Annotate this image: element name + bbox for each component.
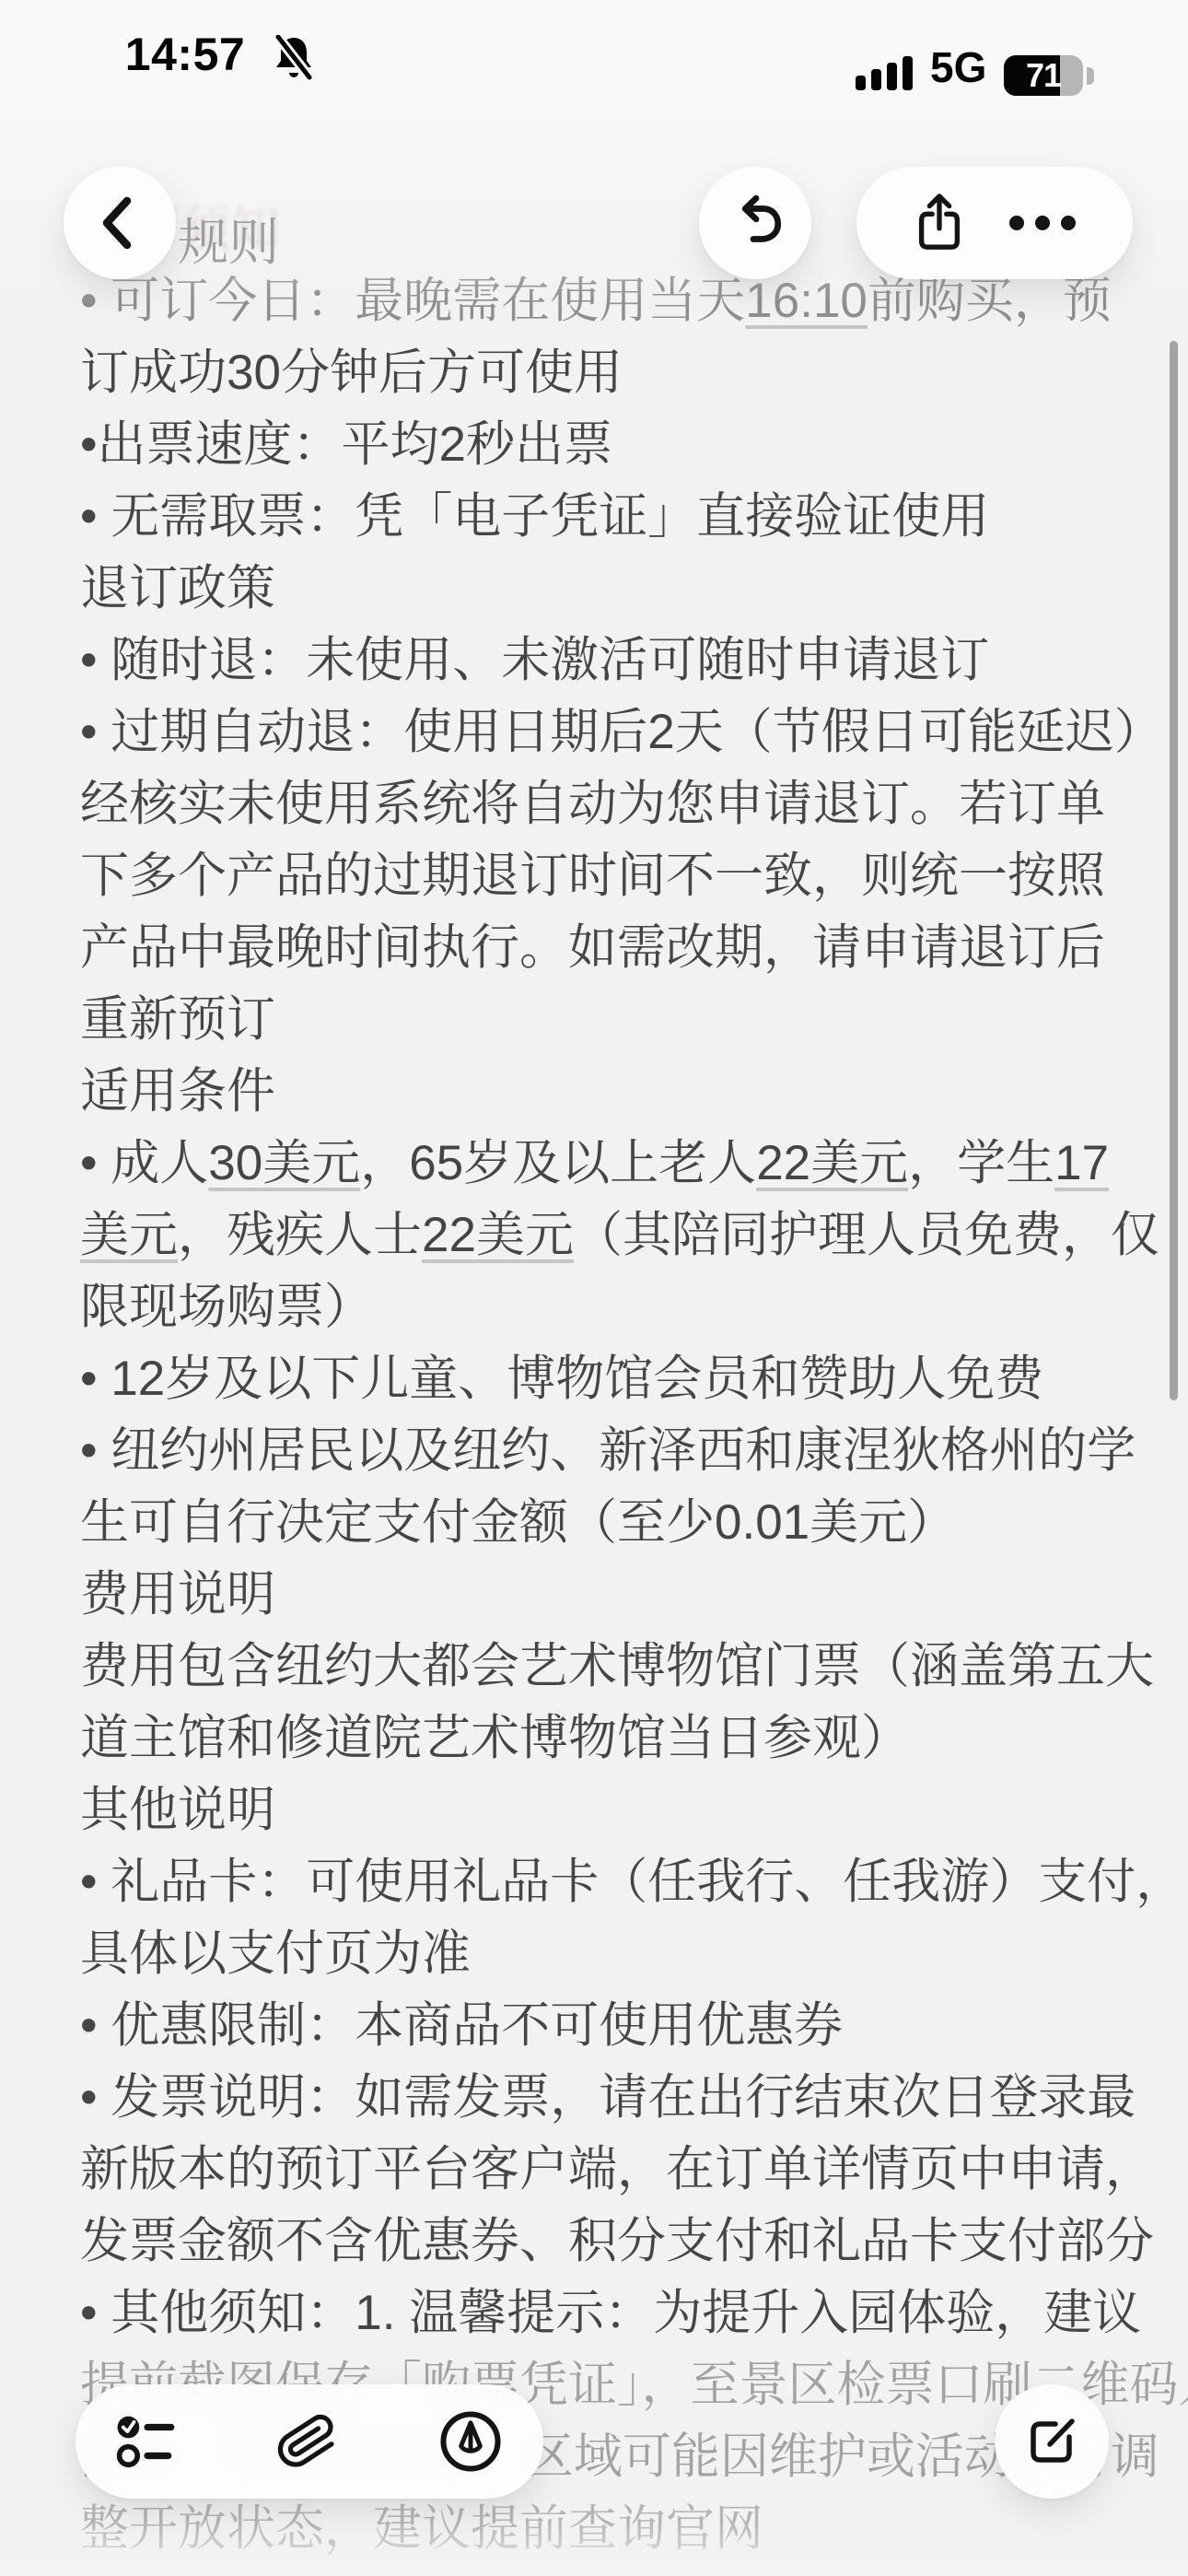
detected-link[interactable]: 美元	[80, 1208, 178, 1262]
more-button[interactable]	[1006, 214, 1079, 232]
text-line: 适用条件	[80, 1056, 1133, 1128]
text-segment: • 优惠限制：本商品不可使用优惠券	[80, 1998, 843, 2053]
text-line: 重新预订	[80, 984, 1133, 1056]
notifications-silenced-icon	[273, 35, 315, 81]
text-segment: • 无需取票：凭「电子凭证」直接验证使用	[80, 489, 989, 544]
text-line: 订成功30分钟后方可使用	[80, 337, 1133, 409]
text-segment: 发票金额不含优惠券、积分支付和礼品卡支付部分	[80, 2214, 1154, 2268]
text-line: 生可自行决定支付金额（至少0.01美元）	[80, 1487, 1133, 1559]
text-line: 费用说明	[80, 1559, 1133, 1631]
text-segment: ，学生	[908, 1136, 1054, 1190]
battery-indicator: 71	[1004, 55, 1083, 96]
text-segment: 适用条件	[80, 1064, 275, 1118]
text-segment: • 可订今日：最晚需在使用当天	[80, 274, 745, 328]
chevron-left-icon	[98, 194, 142, 252]
text-line: • 成人30美元，65岁及以上老人22美元，学生17	[80, 1128, 1133, 1200]
detected-link[interactable]: 22美元	[422, 1208, 574, 1262]
text-line: • 发票说明：如需发票，请在出行结束次日登录最	[80, 2062, 1133, 2134]
text-line: 费用包含纽约大都会艺术博物馆门票（涵盖第五大	[80, 1631, 1133, 1703]
text-segment: •出票速度：平均2秒出票	[80, 417, 612, 472]
text-line: 下多个产品的过期退订时间不一致，则统一按照	[80, 840, 1133, 912]
text-segment: • 12岁及以下儿童、博物馆会员和赞助人免费	[80, 1352, 1043, 1406]
text-line: 限现场购票）	[80, 1271, 1133, 1343]
text-line: • 优惠限制：本商品不可使用优惠券	[80, 1990, 1133, 2062]
text-line: • 过期自动退：使用日期后2天（节假日可能延迟）	[80, 697, 1133, 768]
detected-link[interactable]: 17	[1054, 1136, 1109, 1190]
text-segment: • 成人	[80, 1136, 208, 1190]
page-title: 规则	[178, 202, 279, 275]
text-segment: 道主馆和修道院艺术博物馆当日参观）	[80, 1711, 910, 1765]
clock: 14:57	[88, 28, 282, 81]
battery-cap	[1087, 67, 1094, 85]
detected-link[interactable]: 22美元	[756, 1136, 908, 1190]
undo-button[interactable]	[699, 167, 811, 279]
text-segment: （其陪同护理人员免费，仅	[574, 1208, 1159, 1262]
share-button[interactable]	[911, 191, 968, 255]
cellular-signal-icon	[856, 52, 916, 90]
text-line: • 礼品卡：可使用礼品卡（任我行、任我游）支付，	[80, 1846, 1133, 1918]
text-line: 美元，残疾人士22美元（其陪同护理人员免费，仅	[80, 1200, 1133, 1271]
text-segment: 其他说明	[80, 1783, 275, 1837]
network-type-label: 5G	[930, 42, 986, 92]
text-segment: 经核实未使用系统将自动为您申请退订。若订单	[80, 777, 1105, 831]
detected-link[interactable]: 16:10	[745, 274, 868, 328]
markup-pen-button[interactable]	[438, 2409, 503, 2474]
text-segment: 退订政策	[80, 561, 275, 615]
scrollbar-thumb[interactable]	[1170, 341, 1178, 1400]
text-segment: 产品中最晚时间执行。如需改期，请申请退订后	[80, 920, 1105, 975]
text-line: 整开放状态，建议提前查询官网	[80, 2493, 1133, 2565]
bottom-toolbar-pill	[76, 2384, 543, 2499]
text-segment: • 随时退：未使用、未激活可随时申请退订	[80, 633, 989, 687]
text-segment: • 其他须知：1. 温馨提示：为提升入园体验，建议	[80, 2286, 1141, 2340]
text-line: • 纽约州居民以及纽约、新泽西和康涅狄格州的学	[80, 1415, 1133, 1487]
text-segment: • 礼品卡：可使用礼品卡（任我行、任我游）支付，	[80, 1855, 1184, 1909]
text-segment: 重新预订	[80, 992, 275, 1047]
checklist-button[interactable]	[116, 2411, 177, 2472]
text-line: 道主馆和修道院艺术博物馆当日参观）	[80, 1703, 1133, 1774]
text-line: 退订政策	[80, 553, 1133, 625]
text-segment: 整开放状态，建议提前查询官网	[80, 2501, 763, 2556]
text-line: 其他说明	[80, 1774, 1133, 1846]
text-segment: 下多个产品的过期退订时间不一致，则统一按照	[80, 849, 1105, 903]
text-line: 产品中最晚时间执行。如需改期，请申请退订后	[80, 912, 1133, 984]
compose-button[interactable]	[995, 2384, 1109, 2499]
attachment-icon[interactable]	[277, 2411, 338, 2472]
text-segment: 具体以支付页为准	[80, 1926, 471, 1981]
text-segment: • 纽约州居民以及纽约、新泽西和康涅狄格州的学	[80, 1423, 1136, 1478]
detected-link[interactable]: 30美元	[208, 1136, 360, 1190]
text-segment: 费用说明	[80, 1567, 275, 1622]
text-segment: 前购买，预	[868, 274, 1112, 328]
battery-percent-label: 71	[1004, 55, 1083, 96]
text-segment: • 过期自动退：使用日期后2天（节假日可能延迟）	[80, 705, 1163, 759]
back-button[interactable]	[64, 167, 176, 279]
note-content-area: • 可订今日：最晚需在使用当天16:10前购买，预订成功30分钟后方可使用•出票…	[80, 265, 1133, 2565]
text-segment: 订成功30分钟后方可使用	[80, 345, 623, 400]
undo-icon	[725, 193, 786, 253]
text-segment: 费用包含纽约大都会艺术博物馆门票（涵盖第五大	[80, 1639, 1154, 1693]
text-line: • 随时退：未使用、未激活可随时申请退订	[80, 625, 1133, 697]
text-segment: ，65岁及以上老人	[360, 1136, 756, 1190]
text-segment: ，残疾人士	[178, 1208, 422, 1262]
text-line: • 12岁及以下儿童、博物馆会员和赞助人免费	[80, 1343, 1133, 1415]
text-segment: • 发票说明：如需发票，请在出行结束次日登录最	[80, 2070, 1136, 2125]
status-bar: 14:57 5G 71	[0, 0, 1188, 120]
text-line: 具体以支付页为准	[80, 1918, 1133, 1990]
text-line: • 其他须知：1. 温馨提示：为提升入园体验，建议	[80, 2277, 1133, 2349]
compose-icon	[1022, 2412, 1081, 2471]
nav-actions-pill	[856, 167, 1133, 279]
text-line: • 无需取票：凭「电子凭证」直接验证使用	[80, 481, 1133, 553]
text-segment: 新版本的预订平台客户端，在订单详情页中申请，	[80, 2142, 1154, 2196]
text-segment: 生可自行决定支付金额（至少0.01美元）	[80, 1495, 956, 1550]
text-line: 发票金额不含优惠券、积分支付和礼品卡支付部分	[80, 2206, 1133, 2277]
text-segment: 限现场购票）	[80, 1280, 373, 1334]
text-line: •出票速度：平均2秒出票	[80, 409, 1133, 481]
text-line: 新版本的预订平台客户端，在订单详情页中申请，	[80, 2134, 1133, 2206]
text-line: 经核实未使用系统将自动为您申请退订。若订单	[80, 768, 1133, 840]
